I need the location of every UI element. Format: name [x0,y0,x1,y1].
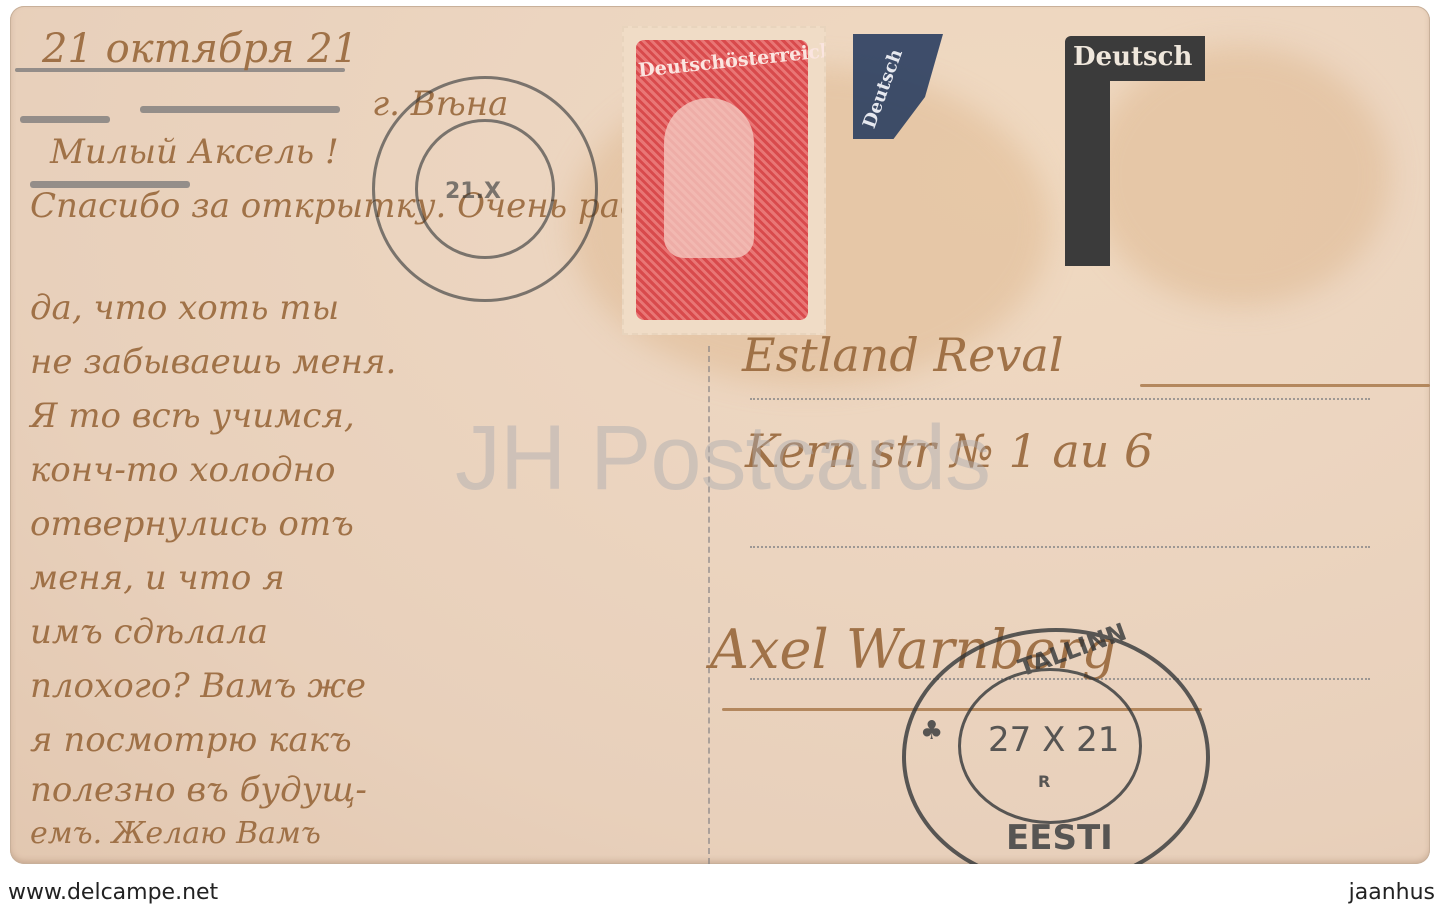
postmark-date: 21.X [445,179,501,204]
letter-line: полезно въ будущ- [30,770,367,810]
letter-line: Милый Аксель ! [50,132,339,172]
credit-left: www.delcampe.net [8,880,218,905]
stamp-blue: Deutsch [853,34,953,144]
letter-line: я посмотрю какъ [30,720,352,760]
stamp-frame-side [1065,76,1110,266]
letter-line: конч-то холодно [30,450,336,490]
postmark-country: EESTI [1006,818,1113,858]
postmark-wien: 21.X [372,76,598,302]
stamp-country: Deutsch [1073,42,1192,72]
postmark-tallinn: 27 X 21 R EESTI TALLINN ♣ [902,628,1210,864]
letter-line: Я то всѣ учимся, [30,396,355,436]
stamp-red: Deutschösterreich [622,26,826,335]
address-country-city: Estland Reval [742,328,1063,382]
watermark: JH Postcards [455,406,990,511]
postcard: 21 октября 21 г. Вѣна Милый Аксель ! Спа… [10,6,1430,864]
letter-line: меня, и что я [30,558,285,598]
underline [1140,384,1430,387]
credit-right: jaanhus [1349,880,1435,905]
cancel-bar [140,106,340,113]
stamp-figure [664,98,754,258]
letter-line: емъ. Желаю Вамъ [30,816,321,851]
letter-line: отвернулись отъ [30,504,354,544]
letter-line: да, что хоть ты [30,288,339,328]
letter-date: 21 октября 21 [42,26,358,72]
letter-line: имъ сдѣлала [30,612,268,652]
postmark-date: 27 X 21 [988,720,1119,760]
stamp-black: Deutsch [1065,36,1205,266]
postmark-code: R [1038,772,1050,791]
letter-line: не забываешь меня. [30,342,396,382]
address-line [750,398,1370,400]
letter-line: плохого? Вамъ же [30,666,366,706]
address-line [750,546,1370,548]
cancel-bar [20,116,110,123]
clover-icon: ♣ [920,716,943,746]
